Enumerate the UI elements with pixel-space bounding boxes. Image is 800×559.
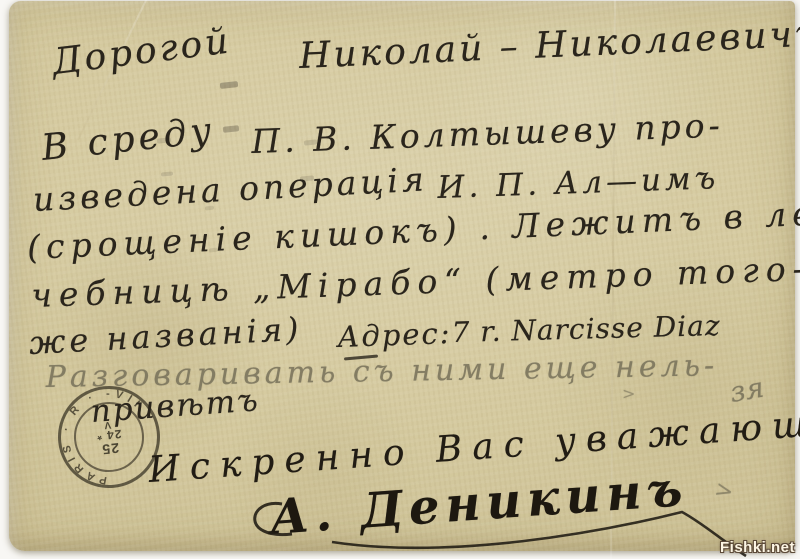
pencil-annotation-continuation: зя [727, 371, 766, 409]
handwritten-address-label: Адрес: [337, 316, 452, 354]
handwritten-street-address: 7 r. Narcisse Diaz [451, 309, 721, 349]
postmark-day: 24 * [96, 427, 123, 442]
postmark-year: 25 [101, 440, 120, 456]
postcard-scan: Дорогой Николай – Николаевичъ В среду П.… [0, 0, 800, 559]
pencil-caret-mark: > [622, 384, 635, 403]
site-watermark: Fishki.net [720, 539, 795, 556]
